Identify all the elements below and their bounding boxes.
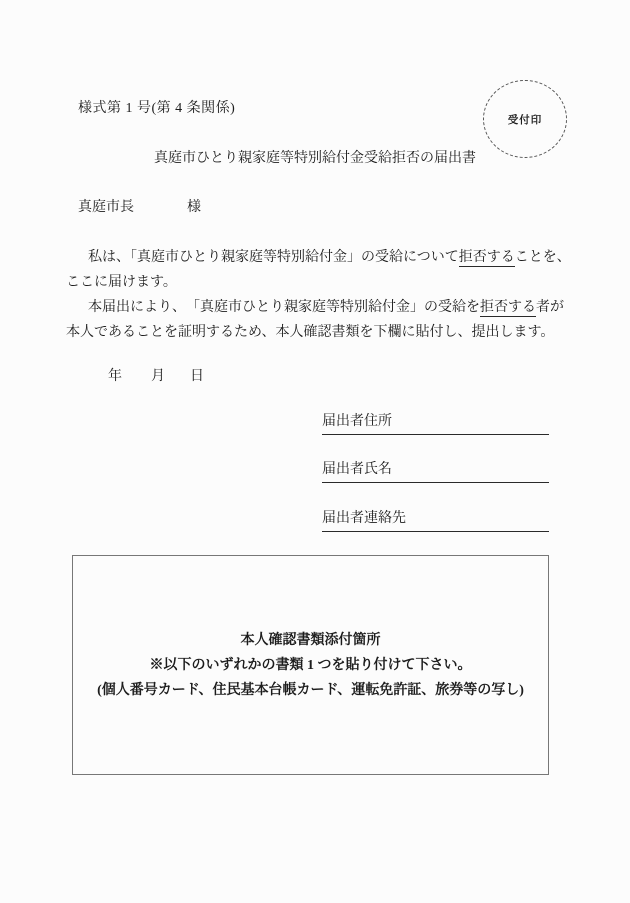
date-month-label: 月 [151, 369, 165, 384]
form-number-label: 様式第 1 号(第 4 条関係) [78, 97, 235, 117]
document-page: 様式第 1 号(第 4 条関係) 受付印 真庭市ひとり親家庭等特別給付金受給拒否… [0, 0, 630, 903]
declarant-name-row: 届出者氏名 [322, 458, 549, 483]
reception-stamp-label: 受付印 [508, 112, 543, 127]
date-line: 年月日 [108, 365, 204, 385]
declarant-contact-row: 届出者連絡先 [322, 507, 549, 532]
paragraph2-line1: 本届出により、 「真庭市ひとり親家庭等特別給付金」の受給を拒否する者が [66, 295, 572, 320]
addressee-line: 真庭市長様 [78, 196, 201, 216]
attachment-box-heading: 本人確認書類添付箇所 [241, 628, 381, 653]
paragraph1-line1: 私は、「真庭市ひとり親家庭等特別給付金」の受給について拒否することを、 [66, 245, 572, 270]
attachment-box-document-list: (個人番号カード、住民基本台帳カード、運転免許証、旅券等の写し) [97, 678, 524, 703]
paragraph1-line2: ここに届けます。 [66, 270, 572, 295]
paragraph2-line1-pre: 本届出により、 「真庭市ひとり親家庭等特別給付金」の受給を [88, 300, 480, 315]
paragraph1-line1-pre: 私は、「真庭市ひとり親家庭等特別給付金」の受給について [88, 250, 459, 265]
paragraph2-line2: 本人であることを証明するため、本人確認書類を下欄に貼付し、提出します。 [66, 320, 572, 345]
id-document-attachment-box[interactable]: 本人確認書類添付箇所 ※以下のいずれかの書類 1 つを貼り付けて下さい。 (個人… [72, 555, 549, 775]
date-day-label: 日 [190, 369, 204, 384]
body-text: 私は、「真庭市ひとり親家庭等特別給付金」の受給について拒否することを、 ここに届… [66, 245, 572, 345]
paragraph1-line1-post: ことを、 [515, 250, 571, 265]
addressee-honorific: 様 [187, 200, 201, 215]
paragraph2-underlined-refuse: 拒否する [480, 300, 536, 317]
declarant-name-label: 届出者氏名 [322, 462, 392, 477]
paragraph2-line1-post: 者が [536, 300, 564, 315]
addressee-name: 真庭市長 [78, 200, 134, 215]
declarant-address-label: 届出者住所 [322, 414, 392, 429]
attachment-box-instruction: ※以下のいずれかの書類 1 つを貼り付けて下さい。 [150, 653, 472, 678]
date-year-label: 年 [108, 369, 122, 384]
document-title: 真庭市ひとり親家庭等特別給付金受給拒否の届出書 [0, 147, 630, 167]
paragraph1-underlined-refuse: 拒否する [459, 250, 515, 267]
declarant-address-row: 届出者住所 [322, 410, 549, 435]
declarant-contact-label: 届出者連絡先 [322, 511, 406, 526]
